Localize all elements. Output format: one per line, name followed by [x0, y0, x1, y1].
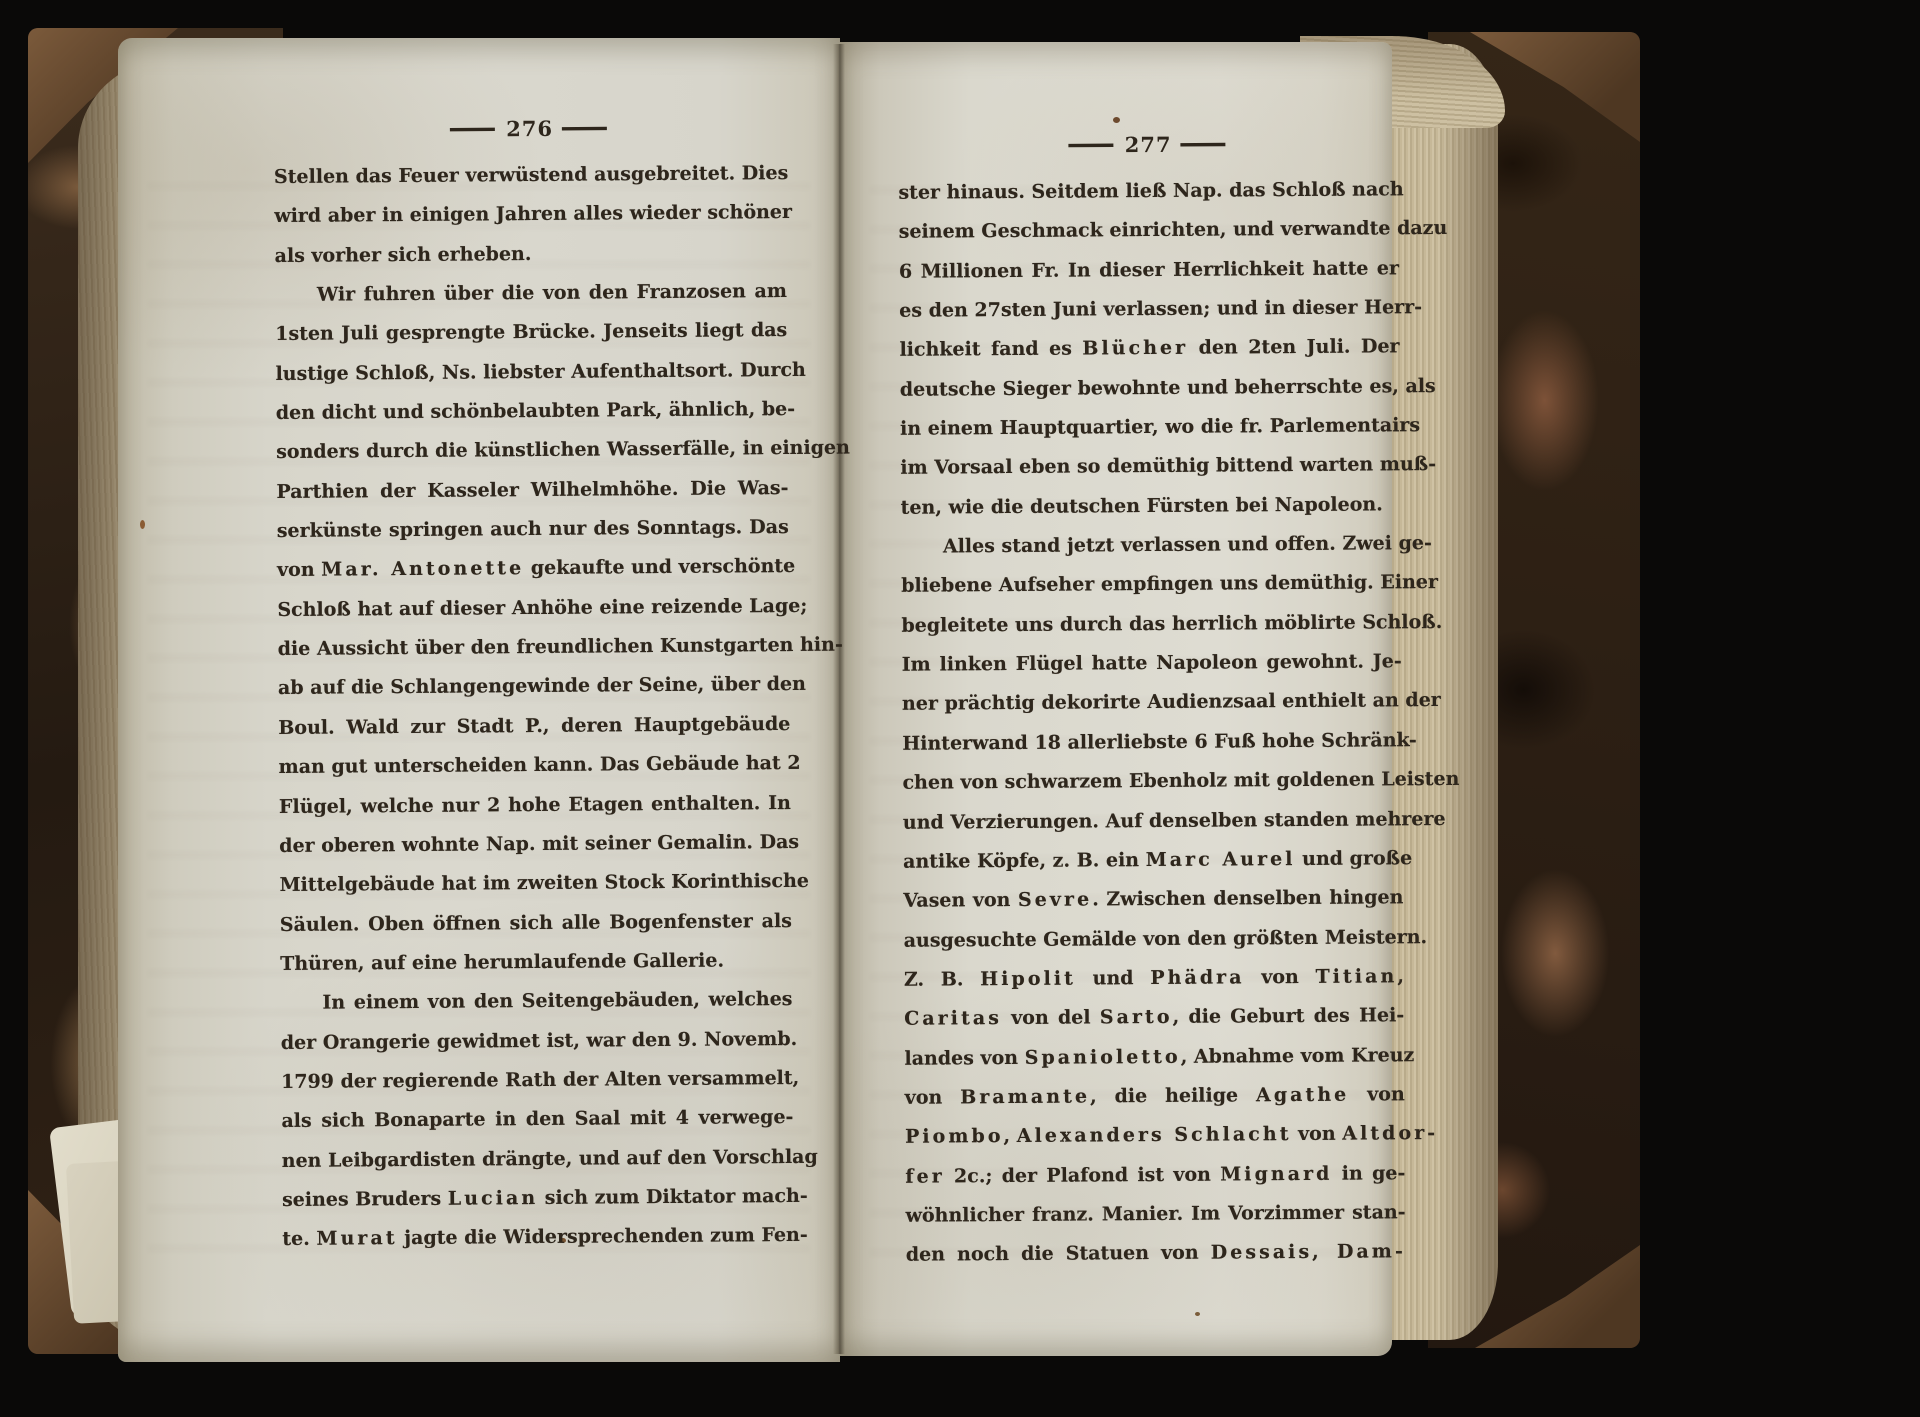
text-block: Stellen das Feuer verwüstend ausgebreite…	[274, 154, 795, 1260]
text-line: ster hinaus. Seitdem ließ Nap. das Schlo…	[898, 170, 1398, 213]
text-line: man gut unterscheiden kann. Das Gebäude …	[278, 744, 790, 787]
text-line: 1799 der regierende Rath der Alten versa…	[281, 1059, 793, 1102]
emphasized-name: Altdor-	[1342, 1122, 1438, 1145]
text-line: serkünste springen auch nur des Sonntags…	[277, 508, 789, 551]
text-line: Boul. Wald zur Stadt P., deren Hauptgebä…	[278, 705, 790, 748]
emphasized-name: Marc Aurel	[1146, 848, 1296, 871]
text-line: begleitete uns durch das herrlich möblir…	[901, 603, 1401, 646]
text-line: seines Bruders Lucian sich zum Diktator …	[282, 1177, 794, 1220]
emphasized-name: Spanioletto	[1025, 1045, 1181, 1068]
emphasized-name: Phädra	[1150, 966, 1244, 989]
text-line: ner prächtig dekorirte Audienzsaal enthi…	[902, 682, 1402, 725]
text-line: Im linken Flügel hatte Napoleon gewohnt.…	[902, 642, 1402, 685]
foxing-speck	[140, 520, 145, 529]
text-line: Säulen. Oben öffnen sich alle Bogenfenst…	[280, 902, 792, 945]
text-line: ab auf die Schlangengewinde der Seine, ü…	[278, 665, 790, 708]
header-dash-icon: —	[559, 105, 612, 147]
text-line: lichkeit fand es Blücher den 2ten Juli. …	[899, 328, 1399, 371]
text-line: als vorher sich erheben.	[274, 233, 786, 276]
text-line: Vasen von Sevre. Zwischen denselben hing…	[903, 878, 1403, 921]
text-line: wird aber in einigen Jahren alles wieder…	[274, 193, 786, 236]
page-number: 277	[1125, 132, 1172, 157]
text-line: bliebene Aufseher empfingen uns demüthig…	[901, 564, 1401, 607]
text-line: Caritas von del Sarto, die Geburt des He…	[904, 996, 1404, 1039]
text-line: die Aussicht über den freundlichen Kunst…	[278, 626, 790, 669]
emphasized-name: Caritas	[904, 1007, 1002, 1030]
text-line: und Verzierungen. Auf denselben standen …	[903, 800, 1403, 843]
text-line: landes von Spanioletto, Abnahme vom Kreu…	[904, 1036, 1404, 1079]
emphasized-name: Alexanders Schlacht	[1017, 1123, 1292, 1147]
emphasized-name: Lucian	[448, 1187, 538, 1210]
text-line: Stellen das Feuer verwüstend ausgebreite…	[274, 154, 786, 197]
header-dash-icon: —	[1065, 122, 1118, 164]
emphasized-name: Piombo	[905, 1125, 1004, 1148]
emphasized-name: Mignard	[1220, 1162, 1332, 1185]
text-block: ster hinaus. Seitdem ließ Nap. das Schlo…	[898, 170, 1406, 1275]
emphasized-name: Sarto	[1100, 1006, 1173, 1029]
text-line: ten, wie die deutschen Fürsten bei Napol…	[901, 485, 1401, 528]
right-page-text: —277— ster hinaus. Seitdem ließ Nap. das…	[898, 128, 1406, 1275]
text-line: Hinterwand 18 allerliebste 6 Fuß hohe Sc…	[902, 721, 1402, 764]
text-line: Wir fuhren über die von den Franzosen am	[275, 272, 787, 315]
page-number: 276	[506, 116, 553, 141]
text-line: Schloß hat auf dieser Anhöhe eine reizen…	[277, 587, 789, 630]
text-line: im Vorsaal eben so demüthig bittend wart…	[900, 446, 1400, 489]
emphasized-name: Blücher	[1082, 337, 1188, 360]
text-line: Z. B. Hipolit und Phädra von Titian,	[904, 957, 1404, 1000]
page-number-header: —277—	[898, 128, 1398, 161]
text-line: Mittelgebäude hat im zweiten Stock Korin…	[279, 862, 791, 905]
text-line: nen Leibgardisten drängte, und auf den V…	[282, 1138, 794, 1181]
text-line: von Bramante, die heilige Agathe von	[905, 1075, 1405, 1118]
book-photograph: —276— Stellen das Feuer verwüstend ausge…	[0, 0, 1920, 1417]
header-dash-icon: —	[447, 106, 500, 148]
text-line: Thüren, auf eine herumlaufende Gallerie.	[280, 941, 792, 984]
emphasized-name: Mar. Antonette	[321, 558, 524, 582]
emphasized-name: Sevre	[1018, 889, 1092, 912]
text-line: deutsche Sieger bewohnte und beherrschte…	[900, 367, 1400, 410]
emphasized-name: Hipolit	[980, 967, 1076, 990]
emphasized-name: Murat	[316, 1227, 397, 1250]
text-line: den dicht und schönbelaubten Park, ähnli…	[276, 390, 788, 433]
book-gutter	[833, 44, 845, 1354]
text-line: seinem Geschmack einrichten, und verwand…	[899, 210, 1399, 253]
emphasized-name: Dessais, Dam-	[1211, 1241, 1406, 1264]
text-line: chen von schwarzem Ebenholz mit goldenen…	[902, 760, 1402, 803]
text-line: ausgesuchte Gemälde von den größten Meis…	[904, 918, 1404, 961]
text-line: 6 Millionen Fr. In dieser Herrlichkeit h…	[899, 249, 1399, 292]
text-line: antike Köpfe, z. B. ein Marc Aurel und g…	[903, 839, 1403, 882]
text-line: von Mar. Antonette gekaufte und verschön…	[277, 547, 789, 590]
page-number-header: —276—	[274, 112, 786, 146]
text-line: fer 2c.; der Plafond ist von Mignard in …	[905, 1154, 1405, 1197]
text-line: als sich Bonaparte in den Saal mit 4 ver…	[281, 1098, 793, 1141]
text-line: 1sten Juli gesprengte Brücke. Jenseits l…	[275, 311, 787, 354]
text-line: sonders durch die künstlichen Wasserfäll…	[276, 429, 788, 472]
foxing-speck	[1195, 1312, 1200, 1316]
text-line: Flügel, welche nur 2 hohe Etagen enthalt…	[279, 783, 791, 826]
text-line: in einem Hauptquartier, wo die fr. Parle…	[900, 406, 1400, 449]
text-line: den noch die Statuen von Dessais, Dam-	[906, 1233, 1406, 1276]
text-line: Parthien der Kasseler Wilhelmhöhe. Die W…	[276, 469, 788, 512]
emphasized-name: Agathe	[1256, 1084, 1349, 1107]
emphasized-name: fer	[905, 1165, 945, 1187]
text-line: Piombo, Alexanders Schlacht von Altdor-	[905, 1114, 1405, 1157]
text-line: lustige Schloß, Ns. liebster Aufenthalts…	[275, 351, 787, 394]
text-line: es den 27sten Juni verlassen; und in die…	[899, 288, 1399, 331]
text-line: Alles stand jetzt verlassen und offen. Z…	[901, 524, 1401, 567]
left-page-text: —276— Stellen das Feuer verwüstend ausge…	[274, 112, 795, 1260]
text-line: te. Murat jagte die Widersprechenden zum…	[282, 1216, 794, 1259]
text-line: der Orangerie gewidmet ist, war den 9. N…	[281, 1020, 793, 1063]
header-dash-icon: —	[1178, 121, 1231, 163]
text-line: In einem von den Seitengebäuden, welches	[280, 980, 792, 1023]
text-line: der oberen wohnte Nap. mit seiner Gemali…	[279, 823, 791, 866]
emphasized-name: Titian	[1316, 965, 1398, 988]
emphasized-name: Bramante	[960, 1085, 1090, 1108]
text-line: wöhnlicher franz. Manier. Im Vorzimmer s…	[905, 1193, 1405, 1236]
